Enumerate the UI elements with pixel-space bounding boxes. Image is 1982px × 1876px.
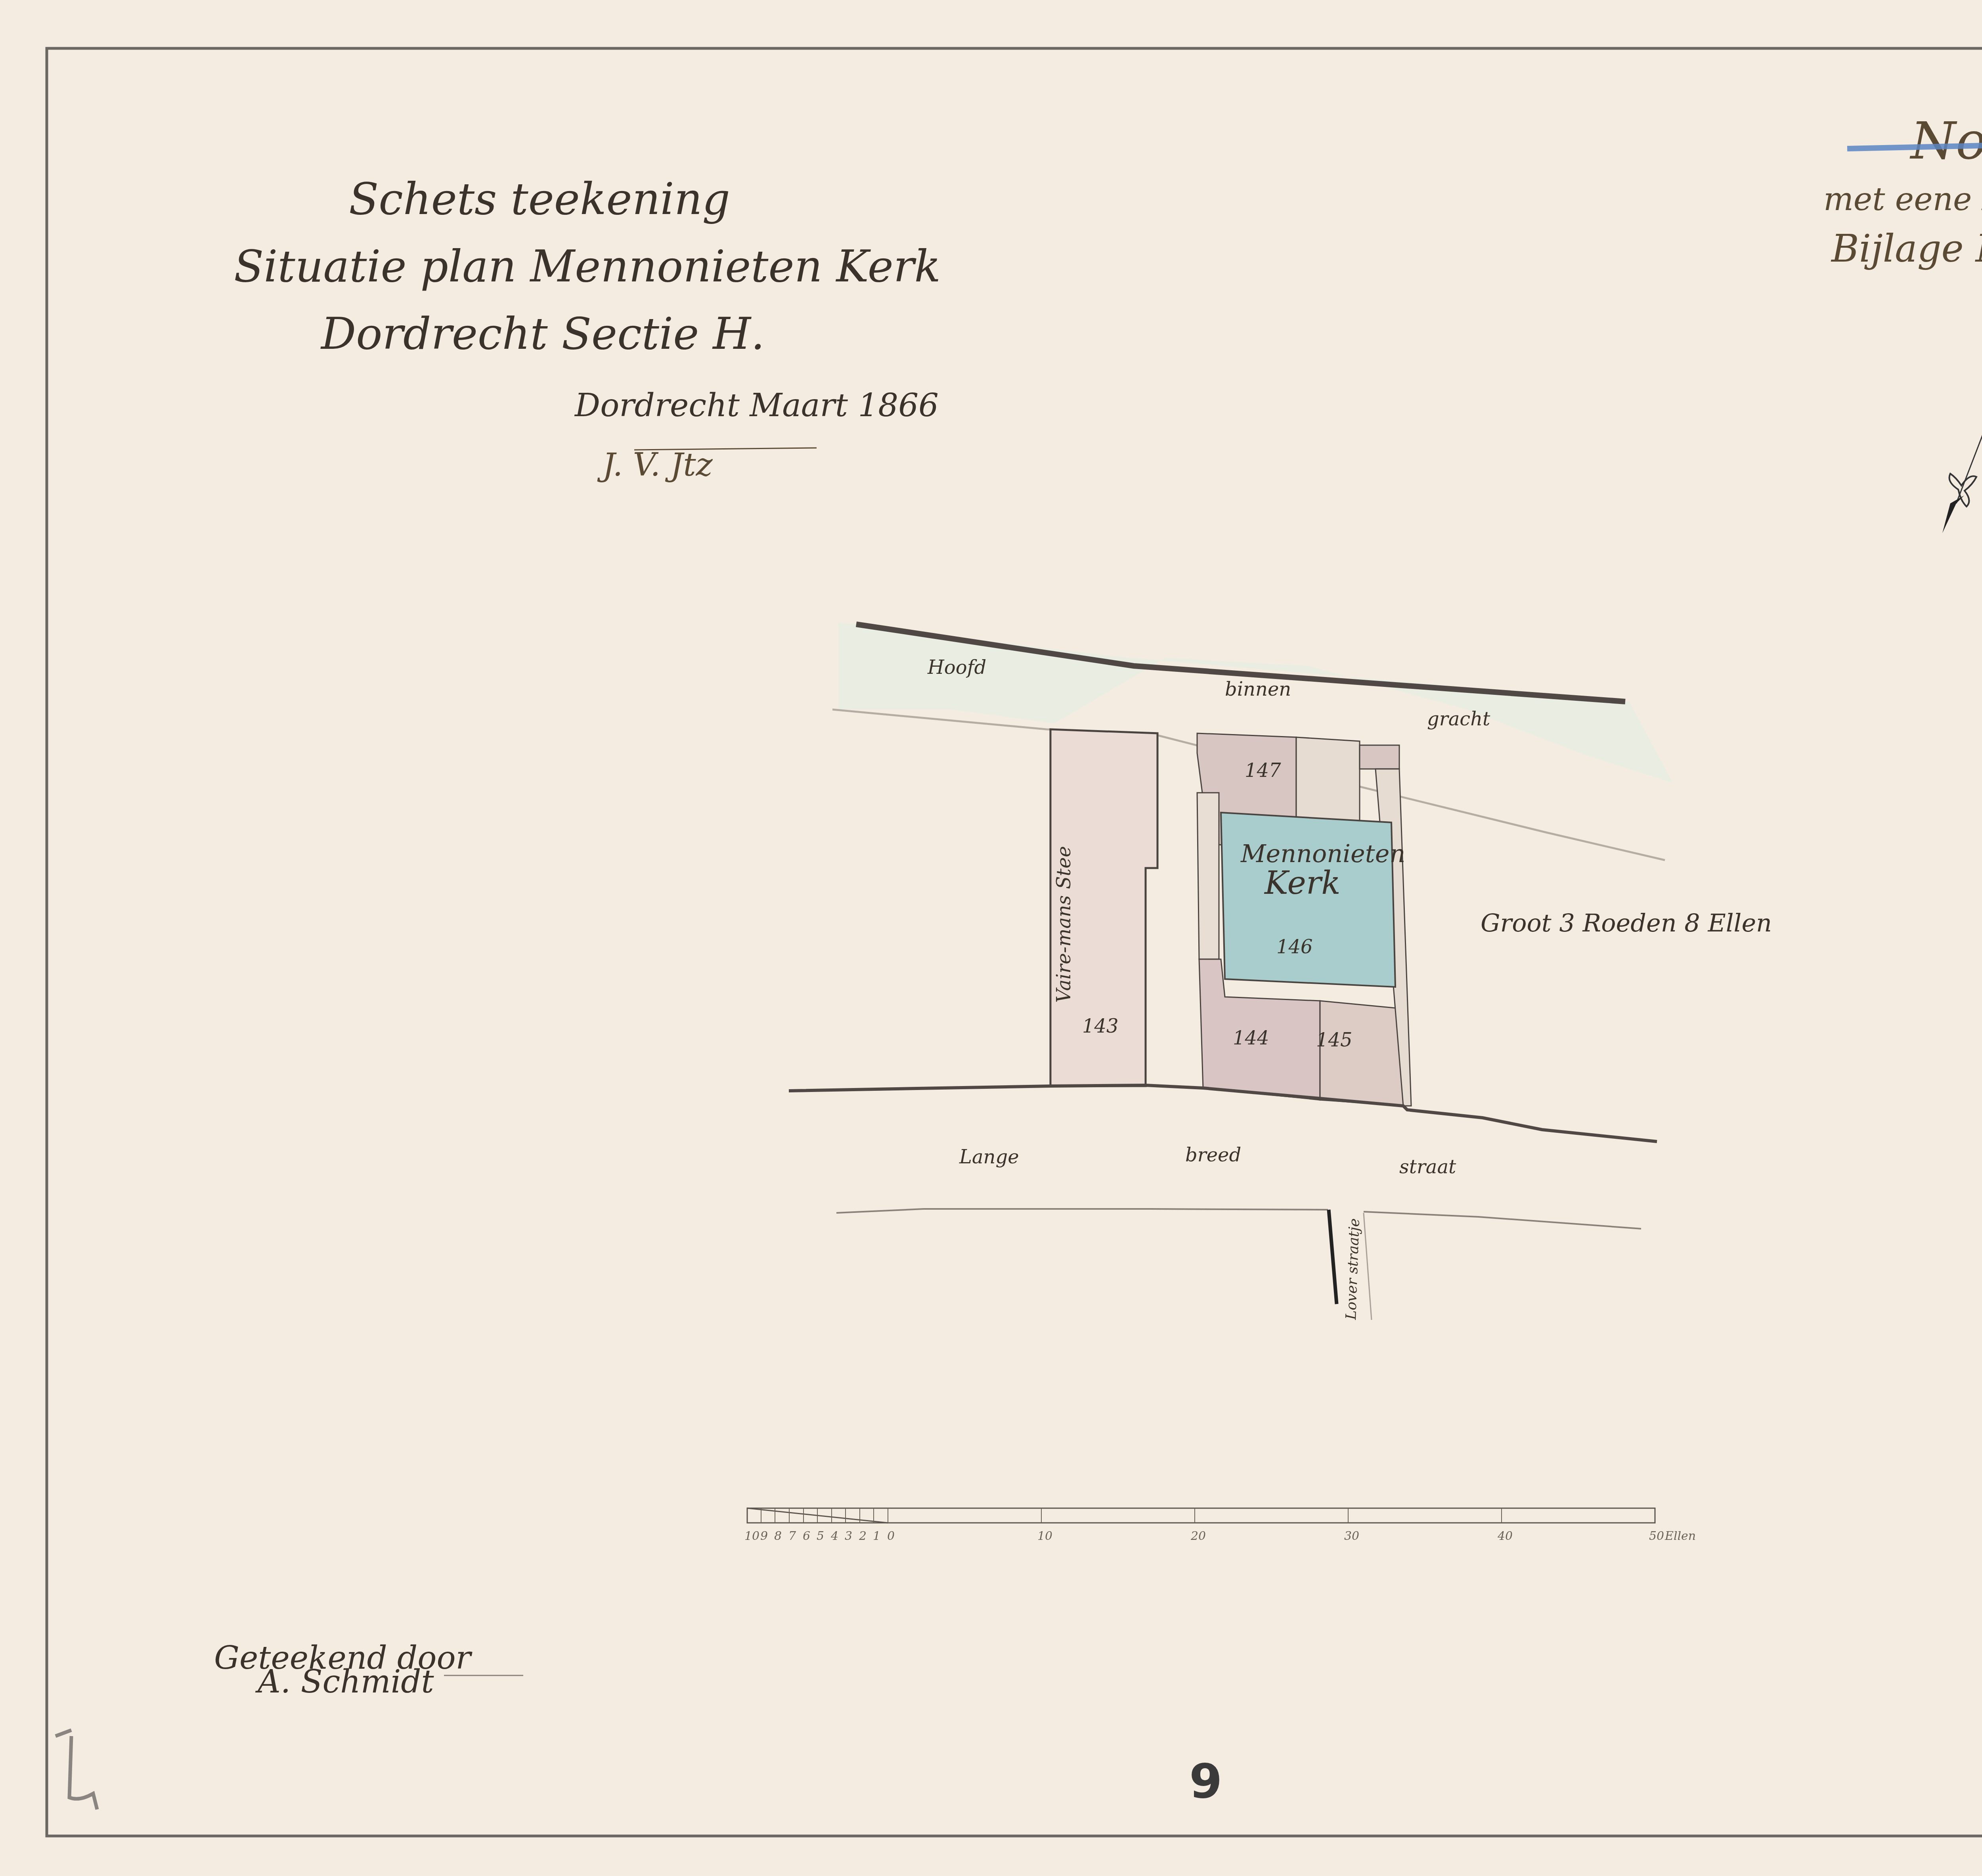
scale-tick: 4 [830,1529,838,1543]
title-line-3: Dordrecht Sectie H. [320,308,765,359]
scale-tick: 0 [887,1529,895,1543]
church-label-2: Kerk [1264,864,1341,901]
scale-tick: 9 [760,1529,768,1543]
scale-tick: 3 [845,1529,852,1543]
parcel-143: 143 [1082,1015,1119,1037]
canal-word-1: Hoofd [927,656,986,679]
parcel-145: 145 [1316,1029,1353,1051]
scale-tick: 7 [788,1529,796,1543]
scale-tick: 1 [873,1529,880,1543]
parcel-144: 144 [1233,1027,1269,1049]
canal-word-3: gracht [1427,708,1490,730]
scale-tick: 10 [744,1529,760,1543]
title-line-2: Situatie plan Mennonieten Kerk [234,241,941,292]
page-number: 9 [1189,1754,1222,1809]
scale-tick: 30 [1344,1529,1359,1543]
title-line-1: Schets teekening [349,174,730,224]
reference-line-3: Bijlage No 11. [1831,227,1982,271]
scale-tick: 20 [1190,1529,1206,1543]
scale-tick: 40 [1497,1529,1513,1543]
scale-unit: Ellen [1664,1529,1696,1543]
street-word-3: straat [1399,1156,1456,1178]
scale-tick: 8 [774,1529,782,1543]
scale-tick: 6 [803,1529,810,1543]
scale-tick: 5 [817,1529,824,1543]
reference-number: No 127 [1909,111,1982,171]
reference-line-2: met eene Memorie als [1823,181,1982,218]
scale-tick: 2 [859,1529,867,1543]
street-word-1: Lange [959,1146,1019,1168]
scale-tick: 50 [1649,1529,1664,1543]
canal-word-2: binnen [1225,678,1291,700]
drawn-by-name: A. Schmidt [255,1663,434,1700]
area-note: Groot 3 Roeden 8 Ellen [1481,908,1772,937]
church-parcel-number: 146 [1276,936,1313,958]
parcel-147: 147 [1245,759,1281,782]
street-word-2: breed [1185,1144,1241,1166]
alley-label: Vaire-mans Stee [1053,846,1075,1003]
map-canvas: Schets teekening Situatie plan Mennoniet… [0,0,1982,1876]
place-date: Dordrecht Maart 1866 [574,387,939,424]
signature-top: J. V. Jtz [597,446,713,483]
parcels: 143 Vaire-mans Stee 147 144 145 Mennonie… [1050,729,1411,1106]
scale-tick: 10 [1037,1529,1052,1543]
church-label-1: Mennonieten [1240,839,1405,868]
map-sheet: Schets teekening Situatie plan Mennoniet… [0,0,1982,1876]
